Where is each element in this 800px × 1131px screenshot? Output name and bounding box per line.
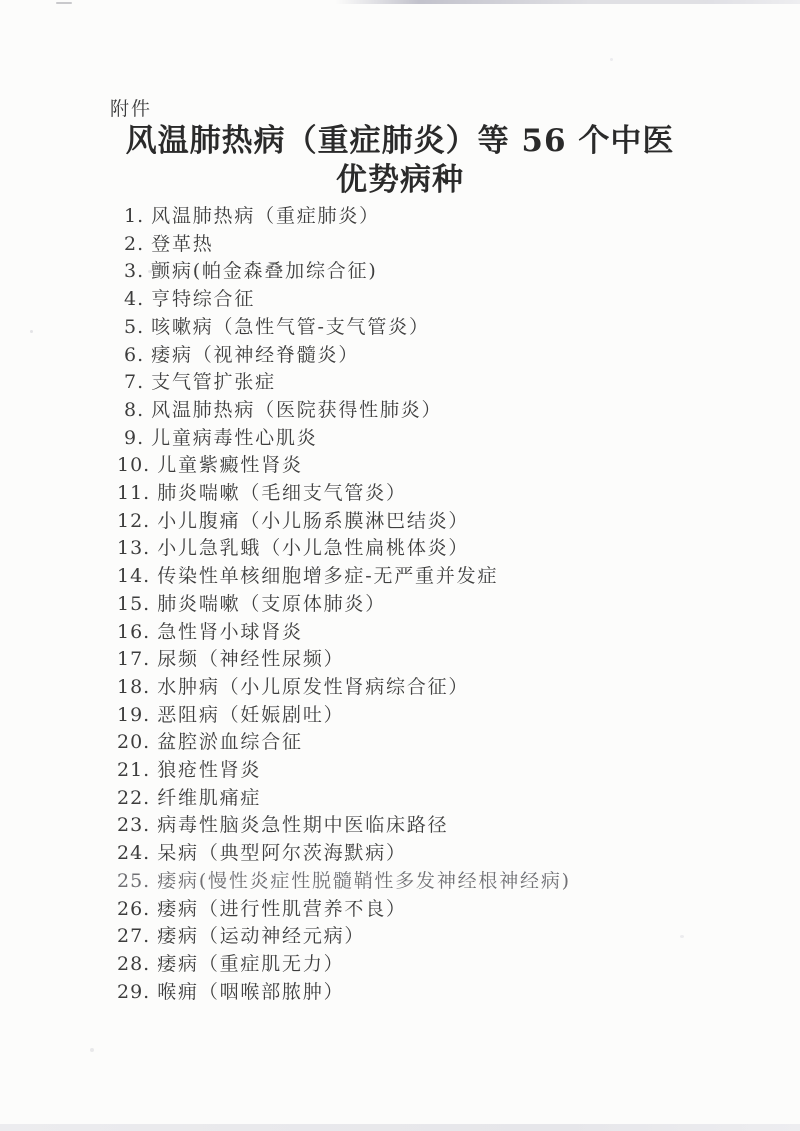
list-item: 1.风温肺热病（重症肺炎） xyxy=(117,203,760,231)
list-item: 10.儿童紫癜性肾炎 xyxy=(117,452,760,480)
list-item-text: 急性肾小球肾炎 xyxy=(157,621,303,643)
scan-edge-artifact-bottom xyxy=(0,1124,800,1131)
list-item: 4.亨特综合征 xyxy=(117,286,760,314)
list-item-number: 29. xyxy=(117,979,150,1007)
list-item-number: 2. xyxy=(124,231,144,259)
list-item: 2.登革热 xyxy=(117,231,760,259)
list-item-text: 风温肺热病（重症肺炎） xyxy=(151,205,380,227)
list-item-text: 纤维肌痛症 xyxy=(157,787,261,809)
scan-speck xyxy=(610,58,613,61)
list-item-text: 支气管扩张症 xyxy=(151,371,276,393)
document-title-line2: 优势病种 xyxy=(0,161,800,200)
list-item: 22.纤维肌痛症 xyxy=(117,785,760,813)
list-item-number: 16. xyxy=(117,619,150,647)
list-item-number: 6. xyxy=(124,342,144,370)
list-item: 29.喉痈（咽喉部脓肿） xyxy=(117,979,760,1007)
list-item-number: 5. xyxy=(124,314,144,342)
list-item-number: 18. xyxy=(117,674,150,702)
list-item-number: 27. xyxy=(117,923,150,951)
list-item-number: 1. xyxy=(124,203,144,231)
list-item-text: 儿童病毒性心肌炎 xyxy=(151,427,317,449)
list-item: 3.颤病(帕金森叠加综合征) xyxy=(117,258,760,286)
document-title: 风温肺热病（重症肺炎）等 56 个中医 优势病种 xyxy=(0,122,800,200)
list-item-text: 呆病（典型阿尔茨海默病） xyxy=(157,842,407,864)
list-item-text: 痿病（运动神经元病） xyxy=(157,925,365,947)
list-item-number: 12. xyxy=(117,508,150,536)
list-item: 20.盆腔淤血综合征 xyxy=(117,729,760,757)
list-item-text: 肺炎喘嗽（毛细支气管炎） xyxy=(157,482,407,504)
list-item: 9.儿童病毒性心肌炎 xyxy=(117,425,760,453)
list-item: 15.肺炎喘嗽（支原体肺炎） xyxy=(117,591,760,619)
list-item-number: 13. xyxy=(117,535,150,563)
list-item: 11.肺炎喘嗽（毛细支气管炎） xyxy=(117,480,760,508)
list-item-number: 11. xyxy=(117,480,150,508)
scan-speck xyxy=(30,330,33,333)
list-item: 14.传染性单核细胞增多症-无严重并发症 xyxy=(117,563,760,591)
scan-edge-artifact-top xyxy=(335,0,800,4)
attachment-label: 附件 xyxy=(110,94,152,121)
list-item: 8.风温肺热病（医院获得性肺炎） xyxy=(117,397,760,425)
list-item-number: 25. xyxy=(117,868,150,896)
list-item-text: 痿病(慢性炎症性脱髓鞘性多发神经根神经病) xyxy=(157,870,571,892)
list-item-number: 23. xyxy=(117,812,150,840)
list-item-number: 14. xyxy=(117,563,150,591)
list-item-text: 小儿急乳蛾（小儿急性扁桃体炎） xyxy=(157,537,469,559)
list-item-number: 21. xyxy=(117,757,150,785)
list-item-text: 痿病（重症肌无力） xyxy=(157,953,344,975)
scan-speck xyxy=(90,1048,94,1052)
list-item-number: 7. xyxy=(124,369,144,397)
list-item: 16.急性肾小球肾炎 xyxy=(117,619,760,647)
list-item-text: 狼疮性肾炎 xyxy=(157,759,261,781)
list-item-number: 19. xyxy=(117,702,150,730)
list-item-text: 水肿病（小儿原发性肾病综合征） xyxy=(157,676,469,698)
list-item-text: 颤病(帕金森叠加综合征) xyxy=(151,260,377,282)
list-item-text: 恶阻病（妊娠剧吐） xyxy=(157,704,344,726)
list-item: 28.痿病（重症肌无力） xyxy=(117,951,760,979)
list-item-text: 亨特综合征 xyxy=(151,288,255,310)
list-item: 17.尿频（神经性尿频） xyxy=(117,646,760,674)
document-title-line1: 风温肺热病（重症肺炎）等 56 个中医 xyxy=(0,122,800,161)
list-item-number: 3. xyxy=(124,258,144,286)
disease-list: 1.风温肺热病（重症肺炎） 2.登革热 3.颤病(帕金森叠加综合征) 4.亨特综… xyxy=(117,203,760,1006)
list-item: 25.痿病(慢性炎症性脱髓鞘性多发神经根神经病) xyxy=(117,868,760,896)
list-item-number: 9. xyxy=(124,425,144,453)
list-item-number: 26. xyxy=(117,896,150,924)
list-item: 23.病毒性脑炎急性期中医临床路径 xyxy=(117,812,760,840)
list-item: 21.狼疮性肾炎 xyxy=(117,757,760,785)
scan-speck xyxy=(56,2,72,4)
list-item-text: 肺炎喘嗽（支原体肺炎） xyxy=(157,593,386,615)
list-item-text: 痿病（视神经脊髓炎） xyxy=(151,344,359,366)
list-item-text: 咳嗽病（急性气管-支气管炎） xyxy=(151,316,430,338)
list-item-number: 28. xyxy=(117,951,150,979)
list-item-number: 20. xyxy=(117,729,150,757)
list-item: 19.恶阻病（妊娠剧吐） xyxy=(117,702,760,730)
list-item-number: 22. xyxy=(117,785,150,813)
list-item: 26.痿病（进行性肌营养不良） xyxy=(117,896,760,924)
list-item-text: 病毒性脑炎急性期中医临床路径 xyxy=(157,814,448,836)
list-item: 7.支气管扩张症 xyxy=(117,369,760,397)
list-item-number: 10. xyxy=(117,452,150,480)
list-item-text: 登革热 xyxy=(151,233,213,255)
list-item: 5.咳嗽病（急性气管-支气管炎） xyxy=(117,314,760,342)
list-item-number: 8. xyxy=(124,397,144,425)
list-item-text: 儿童紫癜性肾炎 xyxy=(157,454,303,476)
list-item-text: 喉痈（咽喉部脓肿） xyxy=(157,981,344,1003)
list-item-number: 24. xyxy=(117,840,150,868)
list-item: 12.小儿腹痛（小儿肠系膜淋巴结炎） xyxy=(117,508,760,536)
list-item-text: 传染性单核细胞增多症-无严重并发症 xyxy=(157,565,498,587)
list-item-text: 盆腔淤血综合征 xyxy=(157,731,303,753)
scanned-document-page: { "page": { "attachment_label": "附件", "t… xyxy=(0,0,800,1131)
list-item-text: 尿频（神经性尿频） xyxy=(157,648,344,670)
list-item-number: 4. xyxy=(124,286,144,314)
list-item: 24.呆病（典型阿尔茨海默病） xyxy=(117,840,760,868)
list-item: 13.小儿急乳蛾（小儿急性扁桃体炎） xyxy=(117,535,760,563)
list-item: 6.痿病（视神经脊髓炎） xyxy=(117,342,760,370)
list-item-text: 痿病（进行性肌营养不良） xyxy=(157,898,407,920)
list-item-text: 小儿腹痛（小儿肠系膜淋巴结炎） xyxy=(157,510,469,532)
list-item-number: 15. xyxy=(117,591,150,619)
list-item: 27.痿病（运动神经元病） xyxy=(117,923,760,951)
list-item-number: 17. xyxy=(117,646,150,674)
list-item: 18.水肿病（小儿原发性肾病综合征） xyxy=(117,674,760,702)
list-item-text: 风温肺热病（医院获得性肺炎） xyxy=(151,399,442,421)
